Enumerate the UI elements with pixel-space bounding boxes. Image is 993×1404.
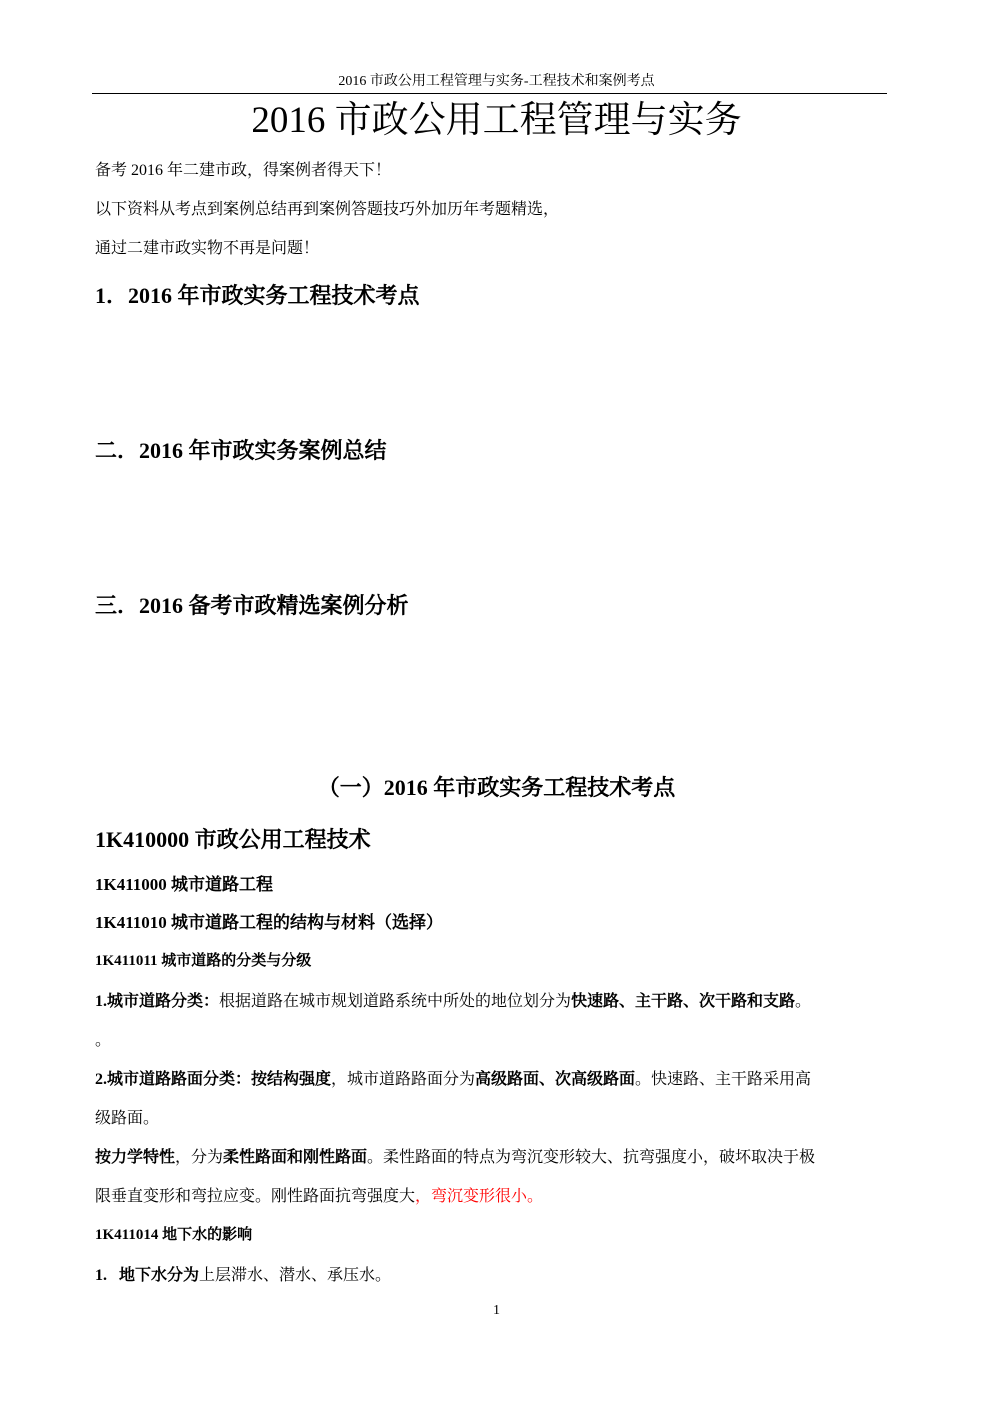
- intro-line-3: 通过二建市政实物不再是问题！: [95, 235, 319, 258]
- paragraph-pavement-classification: 2.城市道路路面分类：按结构强度，城市道路路面分为高级路面、次高级路面。快速路、…: [95, 1066, 811, 1089]
- text: ，城市道路路面分为: [331, 1071, 475, 1088]
- paragraph-mechanical-properties: 按力学特性，分为柔性路面和刚性路面。柔性路面的特点为弯沉变形较大、抗弯强度小，破…: [95, 1144, 815, 1167]
- paragraph-pavement-line2: 级路面。: [95, 1105, 159, 1128]
- page-number: 1: [0, 1303, 993, 1319]
- stray-punctuation: 。: [95, 1027, 111, 1050]
- section-heading-1: 1．2016 年市政实务工程技术考点: [95, 279, 420, 310]
- section-heading-1k411000: 1K411000 城市道路工程: [95, 870, 273, 895]
- text: 。柔性路面的特点为弯沉变形较大、抗弯强度小，破坏取决于极: [367, 1149, 815, 1166]
- topic-heading-1k411014: 1K411014 地下水的影响: [95, 1223, 252, 1244]
- chapter-heading: 1K410000 市政公用工程技术: [95, 823, 371, 854]
- document-title: 2016 市政公用工程管理与实务: [0, 99, 993, 143]
- red-highlight-text: ，弯沉变形很小。: [415, 1188, 543, 1205]
- intro-line-2: 以下资料从考点到案例总结再到案例答题技巧外加历年考题精选，: [95, 196, 559, 219]
- list-number: 1.: [95, 1267, 107, 1284]
- subsection-title: （一）2016 年市政实务工程技术考点: [0, 771, 993, 802]
- label: 1.城市道路分类：: [95, 993, 219, 1010]
- text: ，分为: [175, 1149, 223, 1166]
- header-divider: [92, 93, 887, 94]
- text: 上层滞水、潜水、承压水。: [199, 1267, 391, 1284]
- topic-heading-1k411011: 1K411011 城市道路的分类与分级: [95, 949, 311, 970]
- text: 。: [795, 993, 811, 1010]
- paragraph-mechanical-line2: 限垂直变形和弯拉应变。刚性路面抗弯强度大，弯沉变形很小。: [95, 1183, 543, 1206]
- emphasis: 柔性路面和刚性路面: [223, 1149, 367, 1166]
- label: 2.城市道路路面分类：按结构强度: [95, 1071, 331, 1088]
- intro-line-1: 备考 2016 年二建市政，得案例者得天下！: [95, 157, 391, 180]
- paragraph-groundwater: 1. 地下水分为上层滞水、潜水、承压水。: [95, 1262, 391, 1285]
- label: 按力学特性: [95, 1149, 175, 1166]
- section-heading-2: 二．2016 年市政实务案例总结: [95, 434, 387, 465]
- emphasis: 快速路、主干路、次干路和支路: [571, 993, 795, 1010]
- section-heading-1k411010: 1K411010 城市道路工程的结构与材料（选择）: [95, 908, 443, 933]
- emphasis: 地下水分为: [119, 1267, 199, 1284]
- text: 限垂直变形和弯拉应变。刚性路面抗弯强度大: [95, 1188, 415, 1205]
- emphasis: 高级路面、次高级路面: [475, 1071, 635, 1088]
- text: 。快速路、主干路采用高: [635, 1071, 811, 1088]
- text: 根据道路在城市规划道路系统中所处的地位划分为: [219, 993, 571, 1010]
- running-header: 2016 市政公用工程管理与实务-工程技术和案例考点: [0, 70, 993, 90]
- section-heading-3: 三．2016 备考市政精选案例分析: [95, 589, 409, 620]
- paragraph-road-classification: 1.城市道路分类：根据道路在城市规划道路系统中所处的地位划分为快速路、主干路、次…: [95, 988, 811, 1011]
